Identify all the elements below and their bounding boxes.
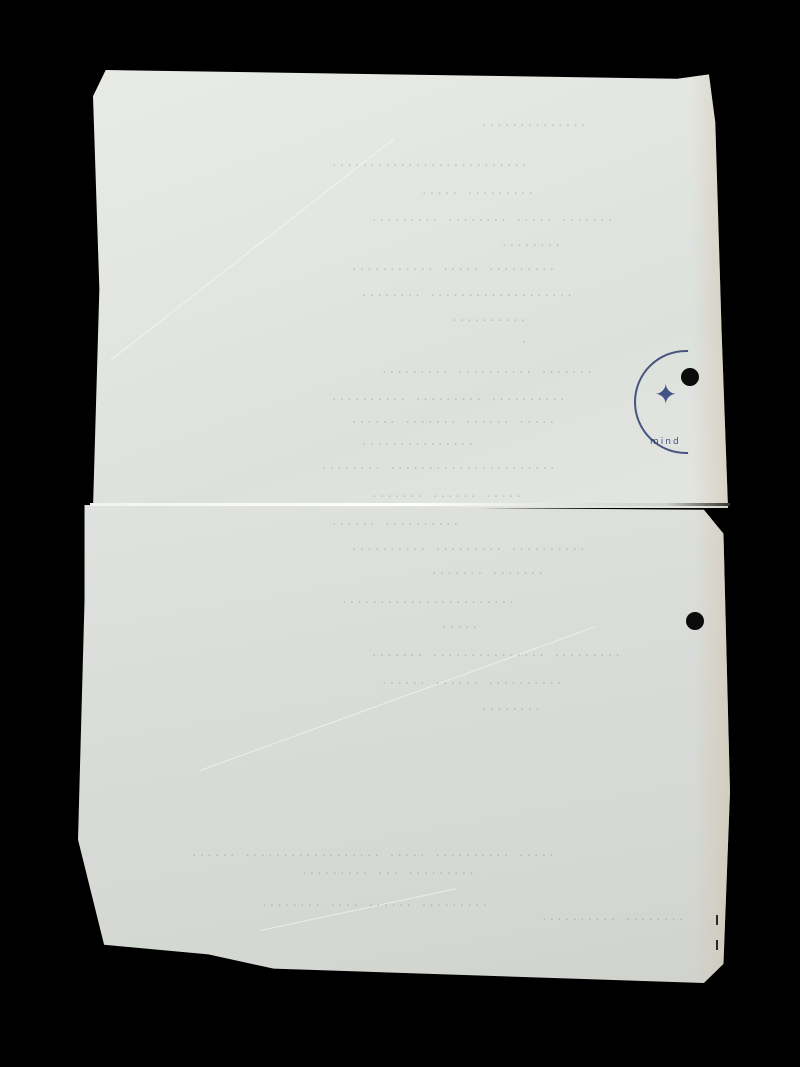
bleed-through-line: ....... ....... [430,566,544,578]
punch-hole [681,368,699,386]
punch-hole [686,612,704,630]
bleed-through-line: ............... [360,437,474,449]
bleed-through-line: ...................... ........ [320,461,556,473]
bleed-through-line: ....... ..... ........ ......... [370,213,613,225]
bleed-through-line: ................... ........ [360,288,573,300]
staple-mark [716,915,718,925]
bleed-through-line: ........ [500,238,561,250]
eagle-icon: ✦ [654,378,677,411]
paper-edge-discoloration [692,70,728,508]
bleed-through-line: ......... ..... ........... [350,262,555,274]
bleed-through-line: .............. [480,118,586,130]
bleed-through-line: ........ .......... [540,912,684,924]
bleed-through-line: ....... .......... ......... [380,365,593,377]
bleed-through-line: .......... ...... ...... [380,676,562,688]
bleed-through-line: ....................... [340,595,515,607]
bleed-through-line: ..... .......... ..... .................… [190,848,555,860]
document-photo: ........................................… [0,0,800,1067]
bleed-through-line: ..... [440,620,478,632]
bleed-through-line: ......... ............... ....... [370,648,621,660]
bleed-through-line: ........ [480,702,541,714]
paper-edge-discoloration [694,505,730,983]
bleed-through-line: .......... ......... .......... [330,392,566,404]
bleed-through-line: .......... [450,313,526,325]
bleed-through-line: ..... ...... ....... ...... [350,415,555,427]
staple-mark [716,940,718,950]
bleed-through-line: .......... ...... [330,517,459,529]
bleed-through-line: ......... ... ......... [300,866,475,878]
bleed-through-line: ......... ...... .... ........ [260,898,488,910]
bleed-through-line: .......... ......... .......... [350,542,586,554]
stamp-text: mind [650,437,681,447]
bleed-through-line: ..... ...... ....... [370,489,522,501]
bleed-through-line: .......................... [330,158,528,170]
horizontal-fold-line [90,503,730,506]
bleed-through-line: ......... ..... [420,186,534,198]
bleed-through-line: . [520,335,528,347]
